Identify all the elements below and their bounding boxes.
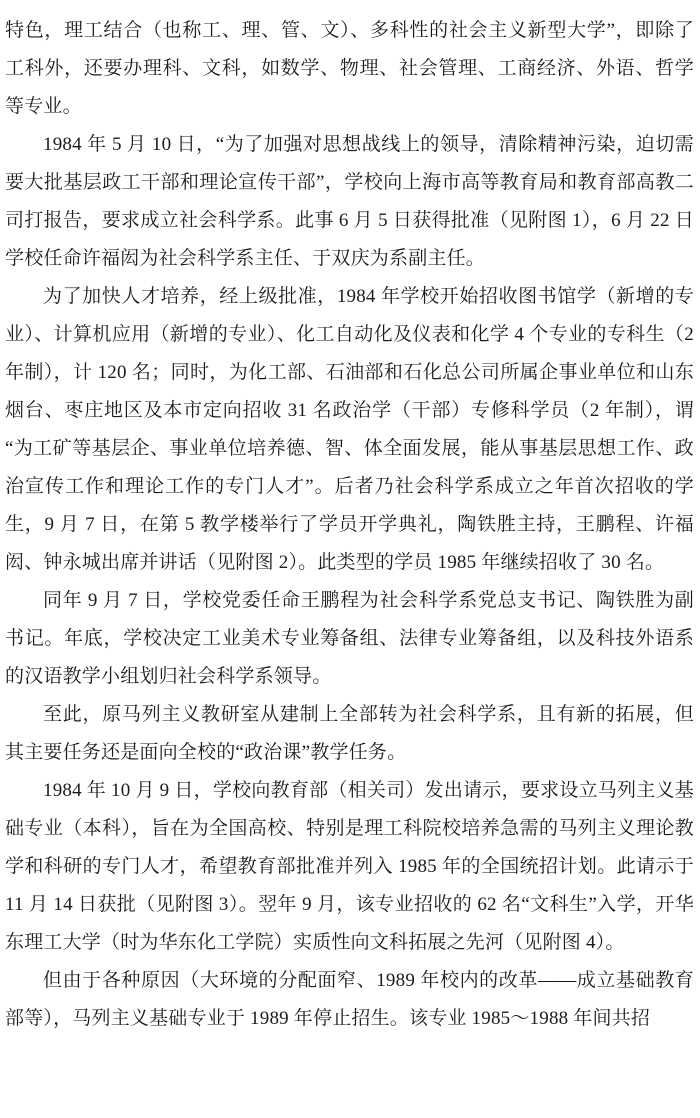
paragraph-4: 同年 9 月 7 日，学校党委任命王鹏程为社会科学系党总支书记、陶铁胜为副书记。…	[5, 582, 694, 696]
document-page: 特色，理工结合（也称工、理、管、文）、多科性的社会主义新型大学”，即除了工科外，…	[0, 0, 700, 1118]
paragraph-6: 1984 年 10 月 9 日，学校向教育部（相关司）发出请示，要求设立马列主义…	[5, 772, 694, 962]
paragraph-5: 至此，原马列主义教研室从建制上全部转为社会科学系，且有新的拓展，但其主要任务还是…	[5, 696, 694, 772]
paragraph-continuation: 特色，理工结合（也称工、理、管、文）、多科性的社会主义新型大学”，即除了工科外，…	[5, 12, 694, 126]
paragraph-2: 1984 年 5 月 10 日，“为了加强对思想战线上的领导，清除精神污染，迫切…	[5, 126, 694, 278]
paragraph-3: 为了加快人才培养，经上级批准，1984 年学校开始招收图书馆学（新增的专业）、计…	[5, 278, 694, 582]
paragraph-7-truncated: 但由于各种原因（大环境的分配面窄、1989 年校内的改革——成立基础教育部等），…	[5, 962, 694, 1038]
